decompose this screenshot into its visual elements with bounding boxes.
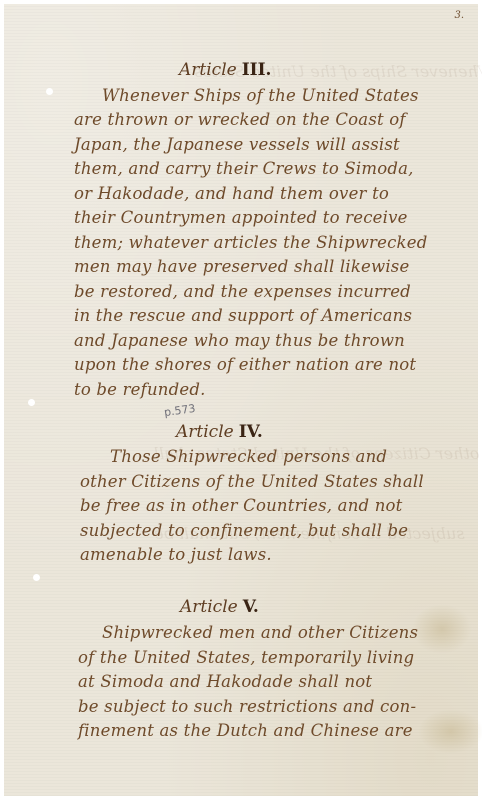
text-line: Whenever Ships of the United States <box>102 86 419 105</box>
text-line: Those Shipwrecked persons and <box>110 447 387 466</box>
text-line: to be refunded. <box>74 380 206 399</box>
text-line: upon the shores of either nation are not <box>74 355 416 374</box>
text-line: Japan, the Japanese vessels will assist <box>74 135 400 154</box>
punch-hole <box>28 399 35 406</box>
text-line: them, and carry their Crews to Simoda, <box>74 159 414 178</box>
article-heading: ArticleIII. <box>179 60 271 80</box>
article-numeral: IV. <box>239 422 263 442</box>
text-line: them; whatever articles the Shipwrecked <box>74 233 427 252</box>
text-line: be restored, and the expenses incurred <box>74 282 411 301</box>
text-line: amenable to just laws. <box>80 545 272 564</box>
text-line: and Japanese who may thus be thrown <box>74 331 405 350</box>
text-line: in the rescue and support of Americans <box>74 306 412 325</box>
stain-mark <box>418 709 482 754</box>
pencil-annotation: p.573 <box>163 402 196 419</box>
article-heading: ArticleIV. <box>176 422 263 442</box>
text-line: be subject to such restrictions and con- <box>78 697 416 716</box>
text-line: at Simoda and Hakodade shall not <box>78 672 372 691</box>
text-line: subjected to confinement, but shall be <box>80 521 408 540</box>
text-line: finement as the Dutch and Chinese are <box>78 721 413 740</box>
text-line: of the United States, temporarily living <box>78 648 414 667</box>
article-numeral: III. <box>242 60 272 80</box>
text-line: or Hakodade, and hand them over to <box>74 184 389 203</box>
text-line: other Citizens of the United States shal… <box>80 472 424 491</box>
article-word: Article <box>179 60 237 80</box>
text-line: are thrown or wrecked on the Coast of <box>74 110 406 129</box>
article-word: Article <box>180 597 238 617</box>
manuscript-page: Whenever Ships of the United States othe… <box>4 4 478 796</box>
stain-mark <box>412 604 472 654</box>
page-number: 3. <box>454 10 464 21</box>
text-line: Shipwrecked men and other Citizens <box>102 623 418 642</box>
article-numeral: V. <box>243 597 259 617</box>
text-line: men may have preserved shall likewise <box>74 257 409 276</box>
article-word: Article <box>176 422 234 442</box>
punch-hole <box>46 88 53 95</box>
text-line: be free as in other Countries, and not <box>80 496 403 515</box>
punch-hole <box>33 574 40 581</box>
article-heading: ArticleV. <box>180 597 259 617</box>
text-line: their Countrymen appointed to receive <box>74 208 408 227</box>
